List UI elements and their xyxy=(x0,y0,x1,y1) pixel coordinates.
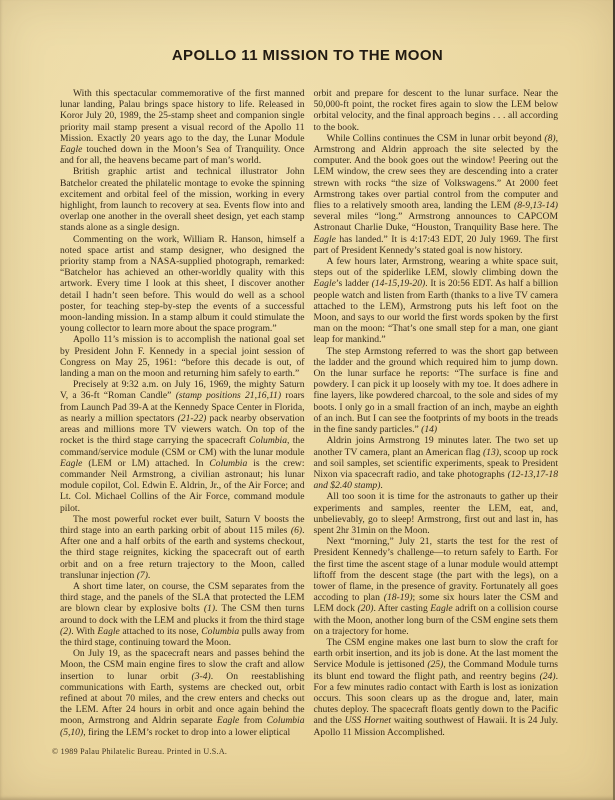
paragraph: With this spectacular commemorative of t… xyxy=(60,88,305,166)
text-run-italic: (14) xyxy=(421,424,437,435)
copyright-line: © 1989 Palau Philatelic Bureau. Printed … xyxy=(52,747,227,756)
text-run: , firing the LEM’s rocket to drop into a… xyxy=(83,727,290,738)
text-run: The most powerful rocket ever built, Sat… xyxy=(60,514,305,536)
text-run: (LEM or LM) attached. In xyxy=(82,458,209,469)
paragraph: A few hours later, Armstrong, wearing a … xyxy=(314,256,559,346)
text-run-italic: (stamp positions 21,16,11) xyxy=(176,390,281,401)
text-run: Commenting on the work, William R. Hanso… xyxy=(60,234,305,335)
text-run: ’s ladder xyxy=(336,278,372,289)
column-right: orbit and prepare for descent to the lun… xyxy=(314,88,559,738)
text-run-italic: (7) xyxy=(137,570,148,581)
text-run-italic: Eagle xyxy=(97,626,119,637)
text-run-italic: Eagle xyxy=(217,715,239,726)
paragraph: The most powerful rocket ever built, Sat… xyxy=(60,514,305,581)
text-run-italic: Eagle xyxy=(314,234,336,245)
paragraph: A short time later, on course, the CSM s… xyxy=(60,581,305,648)
text-run-italic: (18-19) xyxy=(384,592,413,603)
text-run: Apollo 11’s mission is to accomplish the… xyxy=(60,334,305,379)
text-run: touched down in the Moon’s Sea of Tranqu… xyxy=(60,144,305,166)
paragraph: orbit and prepare for descent to the lun… xyxy=(314,88,559,133)
paragraph: The CSM engine makes one last burn to sl… xyxy=(314,637,559,738)
text-run-italic: Eagle xyxy=(314,278,336,289)
text-run: The step Armstong referred to was the sh… xyxy=(314,346,559,435)
paragraph: Apollo 11’s mission is to accomplish the… xyxy=(60,334,305,379)
document-page: APOLLO 11 MISSION TO THE MOON With this … xyxy=(0,0,615,800)
text-run: orbit and prepare for descent to the lun… xyxy=(314,88,559,133)
text-run-italic: (13) xyxy=(483,447,499,458)
text-run-italic: (6) xyxy=(291,525,302,536)
text-run: All too soon it is time for the astronau… xyxy=(314,491,559,536)
page-title: APOLLO 11 MISSION TO THE MOON xyxy=(0,47,615,64)
text-run-italic: (5,10) xyxy=(60,727,83,738)
text-run-italic: (3-4) xyxy=(192,671,211,682)
column-left: With this spectacular commemorative of t… xyxy=(60,88,305,738)
paragraph: On July 19, as the spacecraft nears and … xyxy=(60,648,305,738)
text-run: A few hours later, Armstrong, wearing a … xyxy=(314,256,559,278)
text-run: . After casting xyxy=(373,603,430,614)
text-run: has landed.” It is 4:17:43 EDT, 20 July … xyxy=(314,234,559,256)
paragraph: The step Armstong referred to was the sh… xyxy=(314,346,559,436)
paragraph: All too soon it is time for the astronau… xyxy=(314,491,559,536)
paragraph: While Collins continues the CSM in lunar… xyxy=(314,133,559,256)
text-run-italic: Columbia xyxy=(209,458,247,469)
text-run-italic: (8) xyxy=(544,133,555,144)
text-run-italic: Columbia xyxy=(267,715,305,726)
text-run-italic: Eagle xyxy=(60,458,82,469)
text-run: several miles “long.” Armstrong announce… xyxy=(314,211,559,233)
text-run: British graphic artist and technical ill… xyxy=(60,166,305,233)
text-run-italic: USS Hornet xyxy=(345,715,391,726)
text-run: from xyxy=(239,715,266,726)
text-run: attached to its nose, xyxy=(120,626,201,637)
text-run: . xyxy=(148,570,150,581)
paragraph: Next “morning,” July 21, starts the test… xyxy=(314,536,559,637)
text-run-italic: (2) xyxy=(60,626,71,637)
paragraph: Precisely at 9:32 a.m. on July 16, 1969,… xyxy=(60,379,305,513)
text-run-italic: Columbia xyxy=(249,435,287,446)
text-run: With this spectacular commemorative of t… xyxy=(60,88,305,144)
text-columns: With this spectacular commemorative of t… xyxy=(60,88,558,738)
text-run-italic: (24) xyxy=(540,671,556,682)
text-run-italic: (25) xyxy=(427,659,443,670)
text-run-italic: Eagle xyxy=(60,144,82,155)
text-run: . With xyxy=(71,626,97,637)
text-run-italic: (14-15,19-20) xyxy=(372,278,426,289)
text-run-italic: Eagle xyxy=(430,603,452,614)
paragraph: Aldrin joins Armstrong 19 minutes later.… xyxy=(314,435,559,491)
paragraph: British graphic artist and technical ill… xyxy=(60,166,305,233)
text-run-italic: (8-9,13-14) xyxy=(514,200,558,211)
text-run-italic: (21-22) xyxy=(178,413,207,424)
paragraph: Commenting on the work, William R. Hanso… xyxy=(60,234,305,335)
text-run-italic: Columbia xyxy=(201,626,239,637)
text-run: . xyxy=(380,480,382,491)
text-run-italic: (1) xyxy=(204,603,215,614)
text-run-italic: (20) xyxy=(357,603,373,614)
text-run: While Collins continues the CSM in lunar… xyxy=(327,133,545,144)
